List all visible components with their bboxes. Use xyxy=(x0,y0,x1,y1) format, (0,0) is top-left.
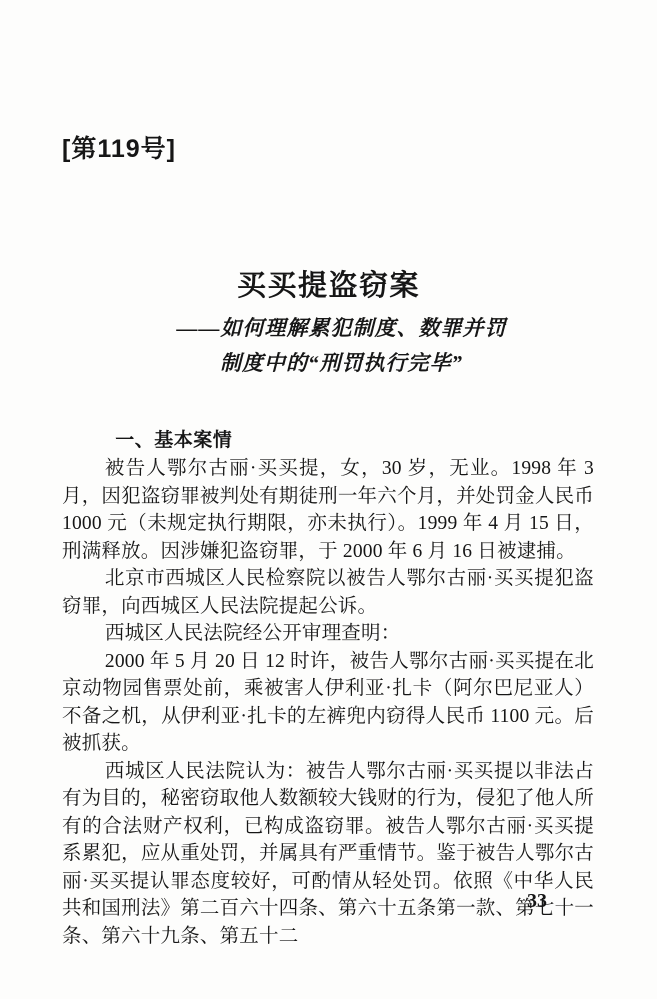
paragraph-theft-facts: 2000 年 5 月 20 日 12 时许，被告人鄂尔古丽·买买提在北京动物园售… xyxy=(62,648,594,758)
scanned-page: [第119号] 买买提盗窃案 ——如何理解累犯制度、数罪并罚 制度中的“刑罚执行… xyxy=(0,0,657,999)
case-subtitle: ——如何理解累犯制度、数罪并罚 制度中的“刑罚执行完毕” xyxy=(13,311,657,380)
case-subtitle-line-2: 制度中的“刑罚执行完毕” xyxy=(13,346,657,381)
paragraph-defendant-history: 被告人鄂尔古丽·买买提，女，30 岁，无业。1998 年 3 月，因犯盗窃罪被判… xyxy=(62,455,594,565)
case-number-label: [第119号] xyxy=(62,129,176,165)
section-heading-basic-facts: 一、基本案情 xyxy=(62,428,594,453)
title-block: 买买提盗窃案 ——如何理解累犯制度、数罪并罚 制度中的“刑罚执行完毕” xyxy=(0,269,657,380)
paragraph-prosecution: 北京市西城区人民检察院以被告人鄂尔古丽·买买提犯盗窃罪，向西城区人民法院提起公诉… xyxy=(62,565,594,620)
paragraph-trial-statement: 西城区人民法院经公开审理查明： xyxy=(62,620,594,648)
case-body: 一、基本案情 被告人鄂尔古丽·买买提，女，30 岁，无业。1998 年 3 月，… xyxy=(62,428,594,950)
case-subtitle-line-1: ——如何理解累犯制度、数罪并罚 xyxy=(13,311,657,346)
case-title: 买买提盗窃案 xyxy=(0,269,657,303)
page-number: 33 xyxy=(527,890,547,913)
paragraph-court-opinion: 西城区人民法院认为：被告人鄂尔古丽·买买提以非法占有为目的，秘密窃取他人数额较大… xyxy=(62,758,594,951)
